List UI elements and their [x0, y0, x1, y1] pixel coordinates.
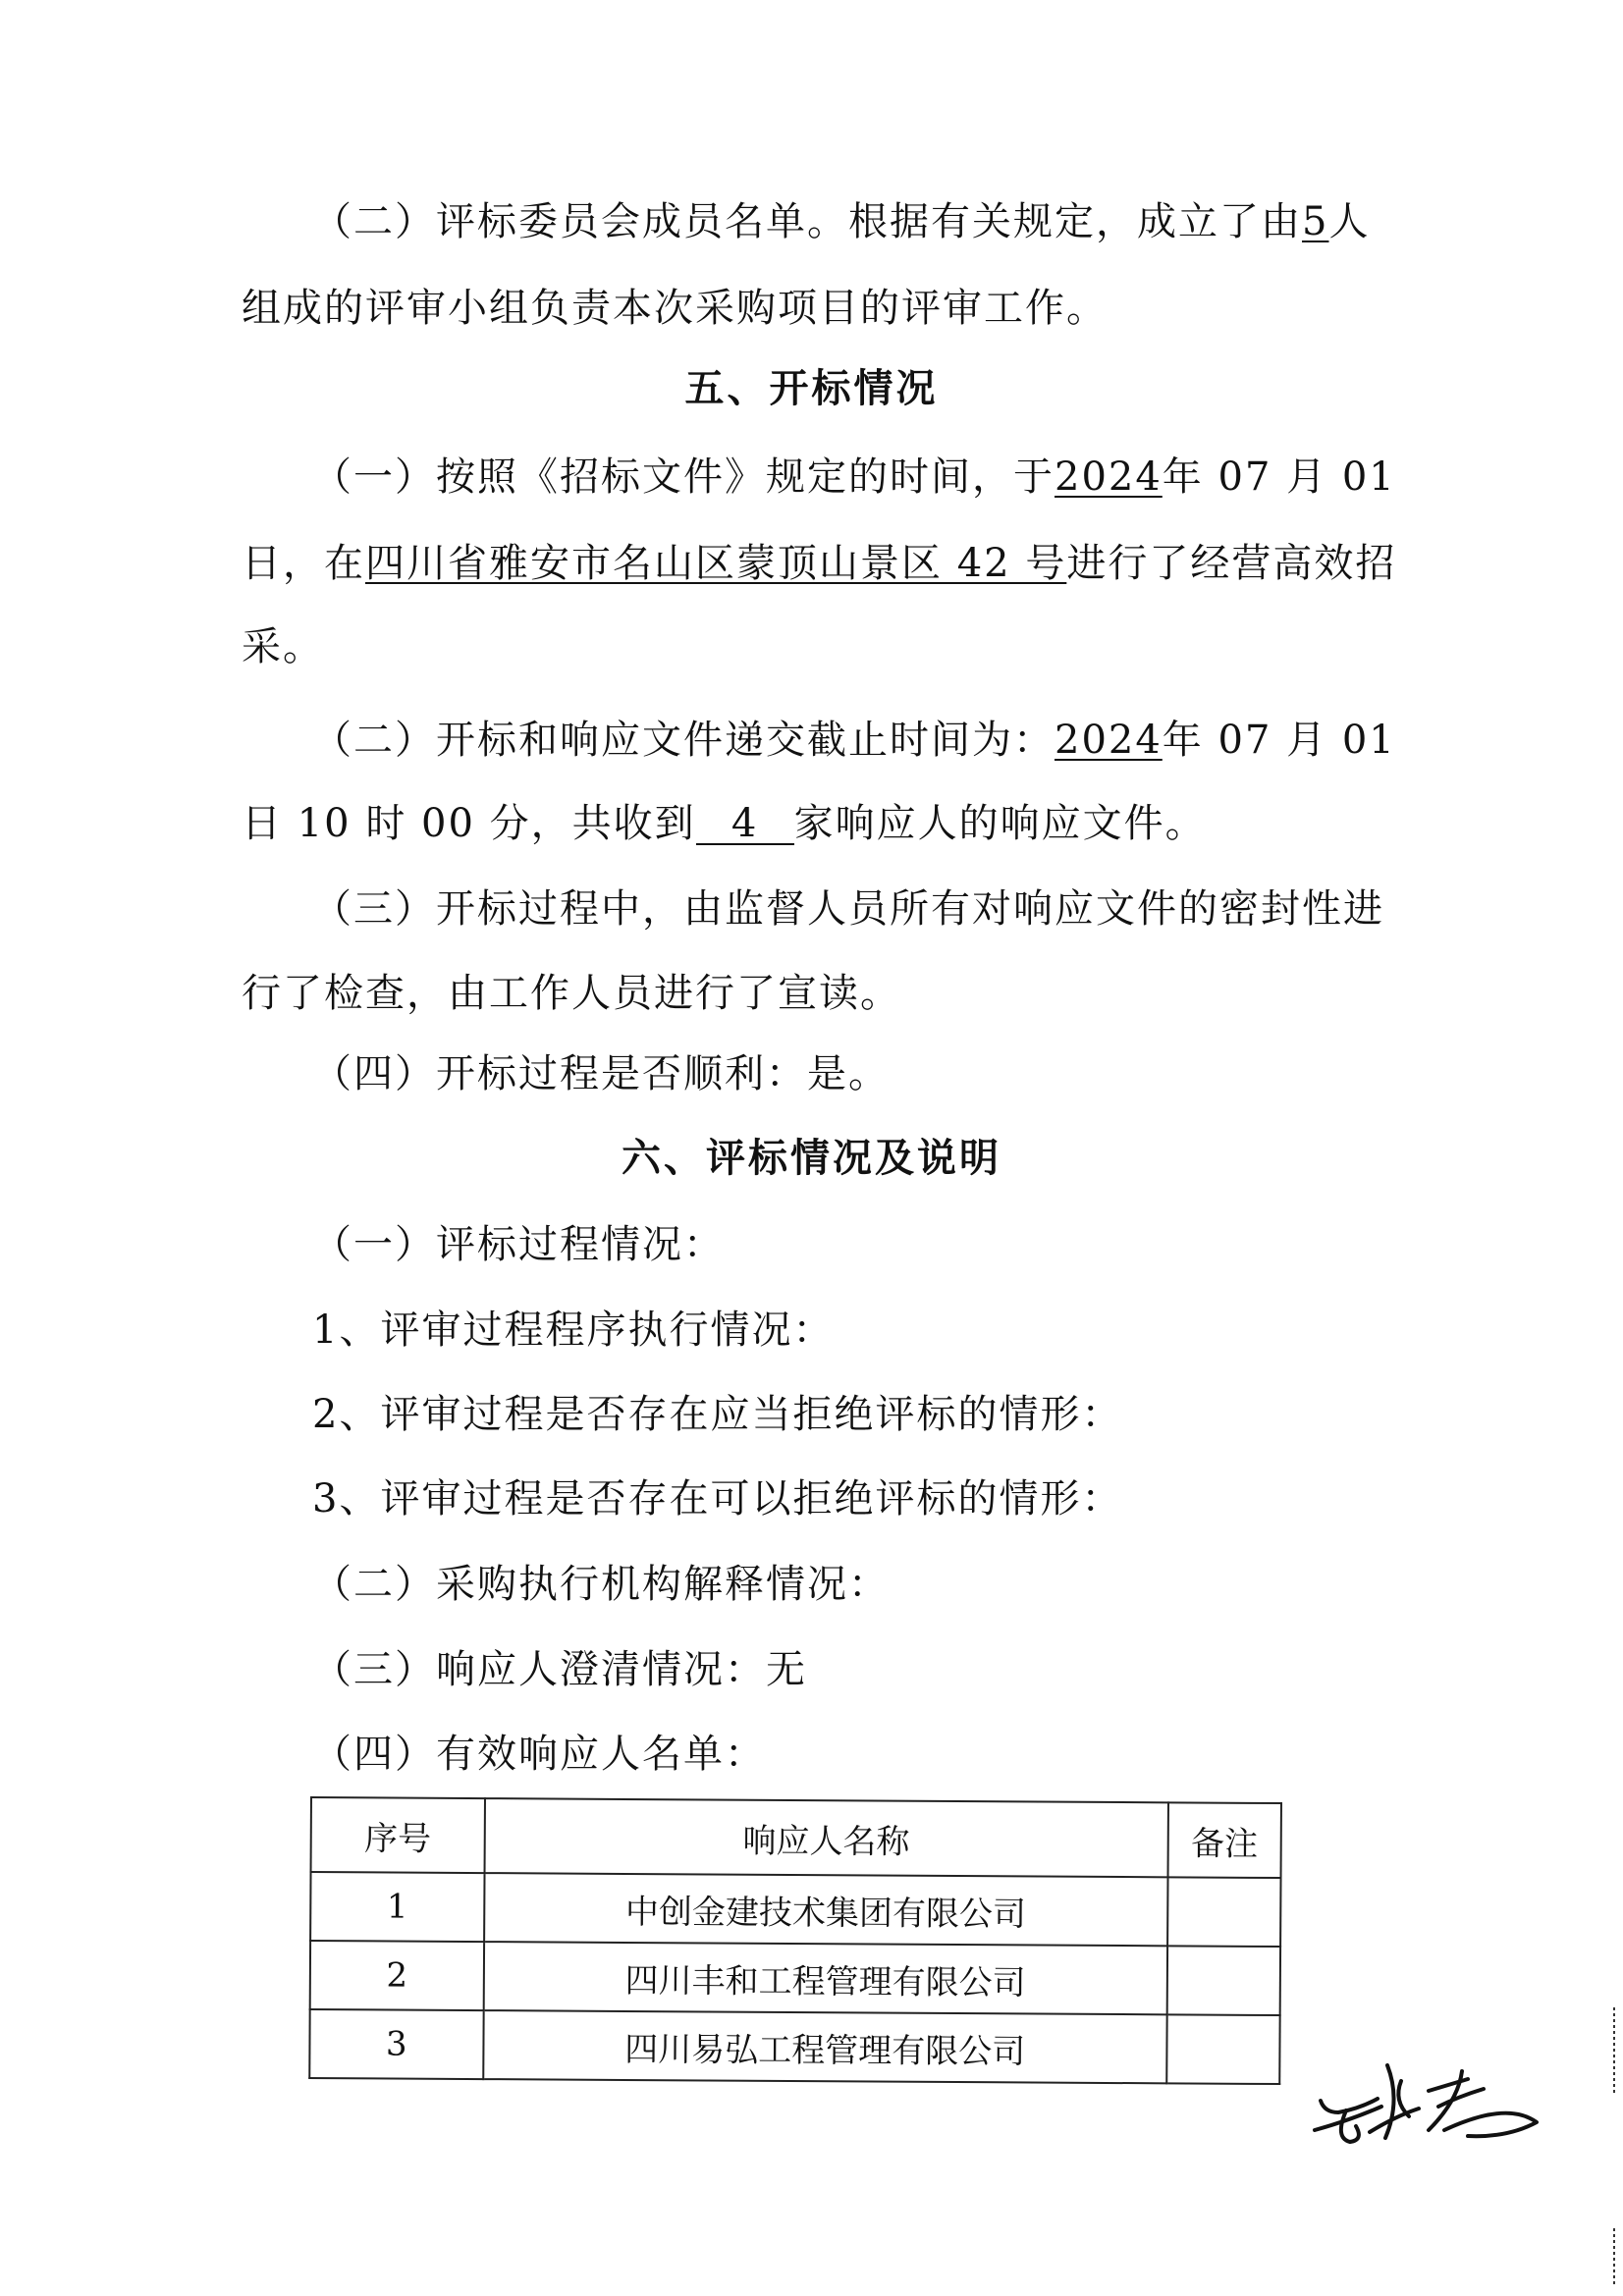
s6-sub3: （三）响应人澄清情况：无 [312, 1646, 807, 1693]
s5-item2-line2-suffix: 家响应人的响应文件。 [794, 801, 1207, 846]
committee-text: （二）评标委员会成员名单。根据有关规定，成立了由 [312, 199, 1302, 244]
committee-line-2: 组成的评审小组负责本次采购项目的评审工作。 [242, 285, 1108, 332]
handwritten-signature-icon [1311, 2061, 1546, 2169]
header-note: 备注 [1167, 1802, 1281, 1878]
s5-item1-line2-prefix: 日，在 [242, 541, 365, 586]
s6-point-2: 2、评审过程是否存在应当拒绝评标的情形： [312, 1391, 1122, 1438]
scan-edge-artifact [1613, 2007, 1615, 2096]
row-name: 四川易弘工程管理有限公司 [483, 2010, 1166, 2083]
table-row: 3 四川易弘工程管理有限公司 [309, 2009, 1279, 2084]
s5-item3-line2: 行了检查，由工作人员进行了宣读。 [242, 970, 901, 1017]
row-note [1166, 2014, 1280, 2084]
s5-item1-line1: （一）按照《招标文件》规定的时间，于2024年 07 月 01 [312, 454, 1396, 501]
response-count: 4 [696, 804, 794, 845]
bid-location: 四川省雅安市名山区蒙顶山景区 42 号 [365, 541, 1066, 586]
s5-item3-line1: （三）开标过程中，由监督人员所有对响应文件的密封性进 [312, 885, 1384, 933]
section5-title: 五、开标情况 [0, 365, 1623, 412]
s5-item1-line2-suffix: 进行了经营高效招 [1066, 541, 1396, 586]
s6-sub2: （二）采购执行机构解释情况： [312, 1561, 890, 1608]
header-serial: 序号 [311, 1797, 485, 1873]
s5-item4: （四）开标过程是否顺利：是。 [312, 1050, 890, 1097]
header-name: 响应人名称 [484, 1798, 1167, 1877]
s5-item2-line2: 日 10 时 00 分，共收到4家响应人的响应文件。 [242, 800, 1207, 847]
row-serial: 2 [310, 1941, 484, 2010]
s5-item2-line1: （二）开标和响应文件递交截止时间为：2024年 07 月 01 [312, 717, 1396, 764]
s6-sub4: （四）有效响应人名单： [312, 1731, 766, 1778]
table-header-row: 序号 响应人名称 备注 [311, 1797, 1281, 1878]
row-name: 四川丰和工程管理有限公司 [483, 1942, 1166, 2014]
row-name: 中创金建技术集团有限公司 [484, 1873, 1167, 1946]
committee-line-1: （二）评标委员会成员名单。根据有关规定，成立了由5人 [312, 198, 1370, 245]
section6-title: 六、评标情况及说明 [0, 1135, 1623, 1182]
row-note [1166, 1946, 1280, 2015]
s5-item1-date: 年 07 月 01 [1163, 454, 1396, 500]
row-serial: 1 [310, 1872, 484, 1942]
s5-item2-year: 2024 [1055, 718, 1163, 763]
scan-edge-artifact [1613, 2228, 1615, 2287]
s5-item2-prefix: （二）开标和响应文件递交截止时间为： [312, 718, 1055, 763]
s6-sub1: （一）评标过程情况： [312, 1221, 725, 1268]
table-row: 2 四川丰和工程管理有限公司 [310, 1941, 1280, 2015]
s5-item1-prefix: （一）按照《招标文件》规定的时间，于 [312, 454, 1055, 500]
row-note [1167, 1877, 1281, 1947]
s5-item1-line2: 日，在四川省雅安市名山区蒙顶山景区 42 号进行了经营高效招 [242, 540, 1396, 587]
member-count: 5 [1302, 199, 1328, 244]
table-row: 1 中创金建技术集团有限公司 [310, 1872, 1280, 1947]
s6-point-3: 3、评审过程是否存在可以拒绝评标的情形： [312, 1475, 1122, 1522]
s5-item2-line2-prefix: 日 10 时 00 分，共收到 [242, 801, 696, 846]
s5-item1-line3: 采。 [242, 623, 324, 670]
valid-respondents-table: 序号 响应人名称 备注 1 中创金建技术集团有限公司 2 四川丰和工程管理有限公… [308, 1796, 1282, 2085]
row-serial: 3 [309, 2009, 483, 2079]
s6-point-1: 1、评审过程程序执行情况： [312, 1307, 834, 1354]
s5-item1-year: 2024 [1055, 454, 1163, 500]
committee-suffix: 人 [1328, 199, 1370, 244]
s5-item2-date: 年 07 月 01 [1163, 718, 1396, 763]
